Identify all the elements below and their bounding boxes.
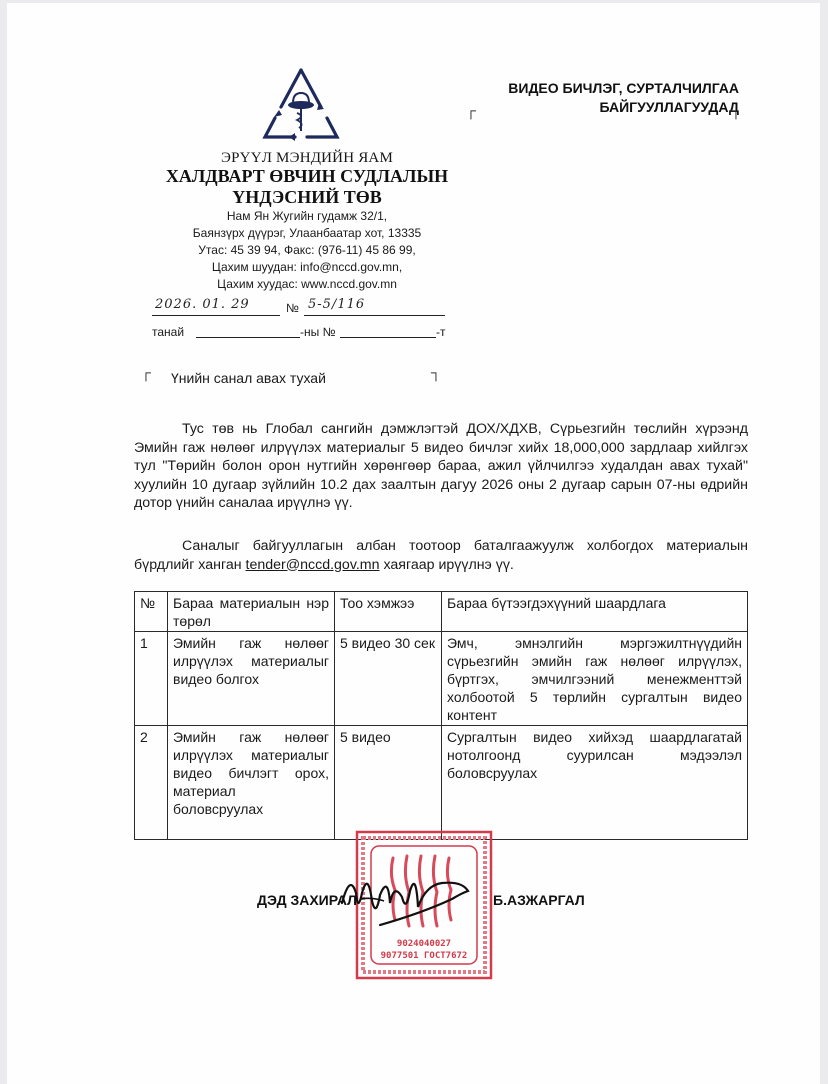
- cell-quantity: 5 видео: [335, 726, 442, 840]
- phone-fax-line: Утас: 45 39 94, Факс: (976-11) 45 86 99,: [157, 242, 457, 259]
- corner-bracket-close-icon: ┐: [731, 103, 741, 117]
- handwritten-number: 5-5/116: [308, 297, 365, 312]
- table-header-row: № Бараа материалын нэр төрөл Тоо хэмжээ …: [135, 592, 748, 632]
- ministry-logo-icon: [255, 65, 347, 147]
- reference-date-number-line: 2026. 01. 29 № 5-5/116: [152, 297, 452, 319]
- cell-quantity: 5 видео 30 сек: [335, 632, 442, 726]
- cell-requirement: Сургалтын видео хийхэд шаардлагатай ното…: [442, 726, 748, 840]
- tender-email-link[interactable]: tender@nccd.gov.mn: [246, 557, 380, 573]
- items-table: № Бараа материалын нэр төрөл Тоо хэмжээ …: [134, 591, 748, 840]
- cell-requirement: Эмч, эмнэлгийн мэргэжилтнүүдийн сүрьезги…: [442, 632, 748, 726]
- table-row: 1 Эмийн гаж нөлөөг илрүүлэх материалыг в…: [135, 632, 748, 726]
- ny-number-label: -ны №: [300, 325, 335, 339]
- your-label: танай: [152, 325, 184, 339]
- website-line: Цахим хуудас: www.nccd.gov.mn: [157, 276, 457, 293]
- recipient-block: ВИДЕО БИЧЛЭГ, СУРТАЛЧИЛГАА БАЙГУУЛЛАГУУД…: [477, 79, 739, 117]
- header-requirement: Бараа бүтээгдэхүүний шаардлага: [442, 592, 748, 632]
- signatory-name: Б.АЗЖАРГАЛ: [493, 892, 585, 908]
- email-line: Цахим шуудан: info@nccd.gov.mn,: [157, 259, 457, 276]
- subject-bracket-open-icon: ┌: [141, 365, 151, 379]
- handwritten-date: 2026. 01. 29: [155, 297, 250, 312]
- recipient-line2: БАЙГУУЛЛАГУУДАД: [477, 98, 739, 117]
- table-row: 2 Эмийн гаж нөлөөг илрүүлэх материалыг в…: [135, 726, 748, 840]
- subject-title: Үнийн санал авах тухай: [171, 370, 326, 386]
- subject-bracket-close-icon: ┐: [431, 365, 441, 379]
- ministry-name: ЭРҮҮЛ МЭНДИЙН ЯАМ: [157, 150, 457, 167]
- cell-item-name: Эмийн гаж нөлөөг илрүүлэх материалыг вид…: [168, 632, 335, 726]
- your-reference-line: танай -ны № -т: [152, 325, 452, 343]
- organization-name: ХАЛДВАРТ ӨВЧИН СУДЛАЛЫН ҮНДЭСНИЙ ТӨВ: [157, 166, 457, 208]
- corner-bracket-open-icon: ┌: [466, 103, 476, 117]
- header-quantity: Тоо хэмжээ: [335, 592, 442, 632]
- number-label: №: [286, 301, 299, 315]
- document-page: ЭРҮҮЛ МЭНДИЙН ЯАМ ХАЛДВАРТ ӨВЧИН СУДЛАЛЫ…: [7, 3, 820, 1084]
- organization-name-line1: ХАЛДВАРТ ӨВЧИН СУДЛАЛЫН: [157, 166, 457, 187]
- body-paragraph-2: Саналыг байгууллагын албан тоотоор батал…: [134, 537, 748, 574]
- address-line: Баянзүрх дүүрэг, Улаанбаатар хот, 13335: [157, 225, 457, 242]
- header-no: №: [135, 592, 168, 632]
- svg-text:9024040027: 9024040027: [397, 939, 451, 949]
- address-line: Нам Ян Жугийн гудамж 32/1,: [157, 208, 457, 225]
- t-suffix: -т: [436, 325, 446, 339]
- cell-no: 1: [135, 632, 168, 726]
- svg-text:9077501 ГОСТ7672: 9077501 ГОСТ7672: [381, 951, 468, 961]
- recipient-line1: ВИДЕО БИЧЛЭГ, СУРТАЛЧИЛГАА: [477, 79, 739, 98]
- cell-item-name: Эмийн гаж нөлөөг илрүүлэх материалыг вид…: [168, 726, 335, 840]
- organization-name-line2: ҮНДЭСНИЙ ТӨВ: [157, 187, 457, 208]
- address-block: Нам Ян Жугийн гудамж 32/1, Баянзүрх дүүр…: [157, 208, 457, 293]
- cell-no: 2: [135, 726, 168, 840]
- header-item-name: Бараа материалын нэр төрөл: [168, 592, 335, 632]
- body-paragraph-1: Тус төв нь Глобал сангийн дэмжлэгтэй ДОХ…: [134, 420, 748, 513]
- handwritten-signature-icon: [332, 863, 492, 933]
